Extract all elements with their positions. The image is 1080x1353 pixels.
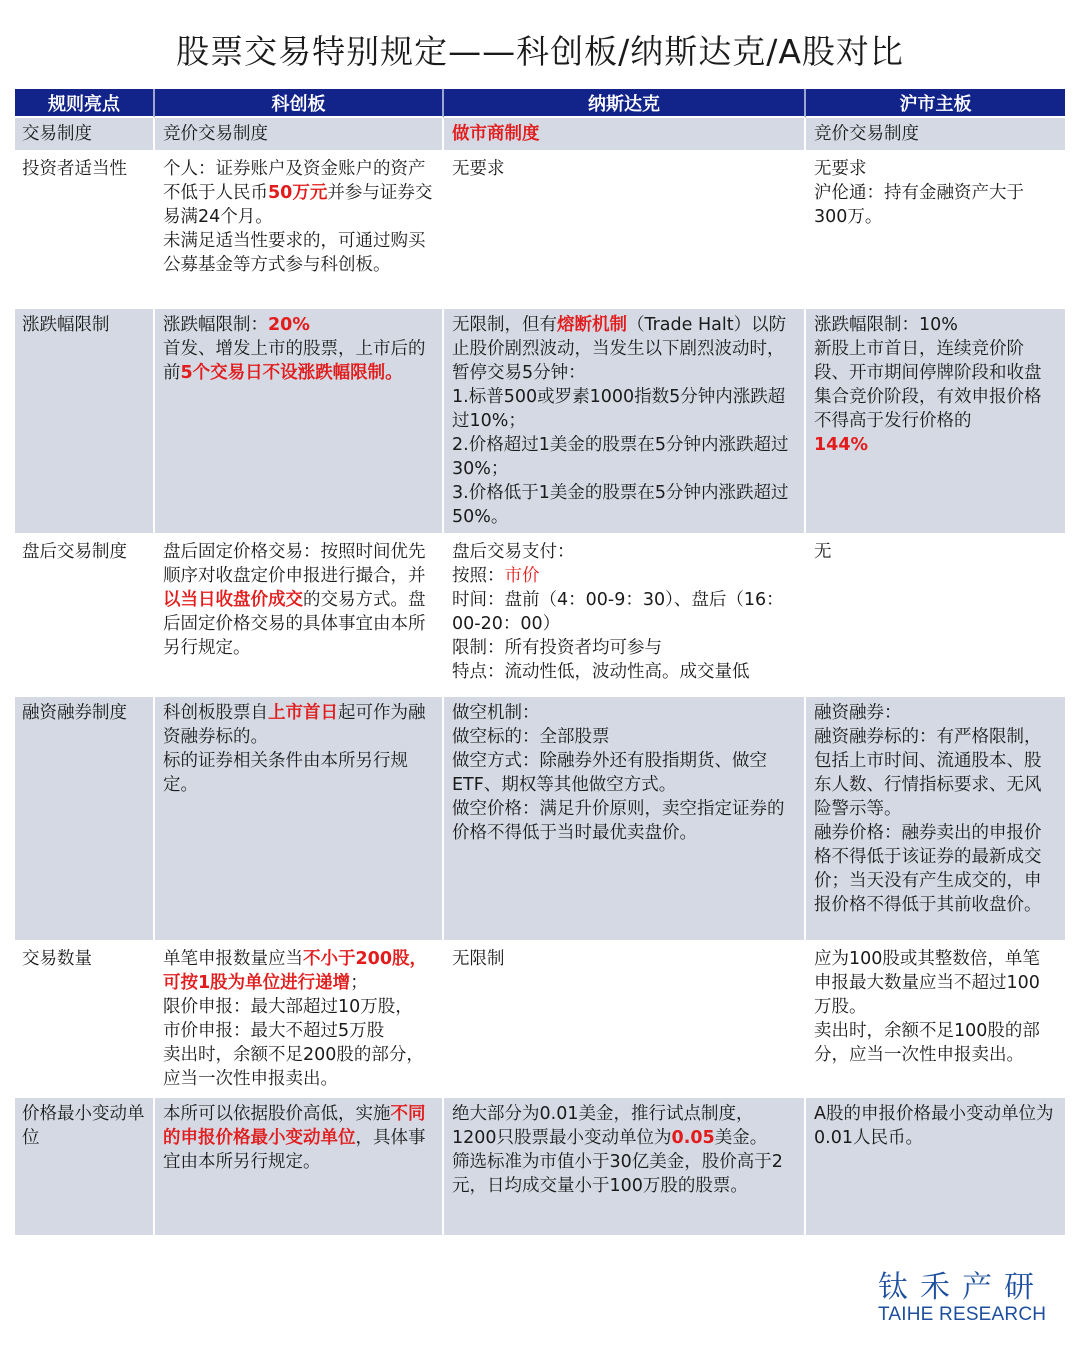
cell-text: 无要求 沪伦通：持有金融资产大于300万。: [814, 159, 1024, 227]
nasdaq-cell: 做市商制度: [444, 118, 806, 153]
table-row: 投资者适当性个人：证券账户及资金账户的资产不低于人民币50万元并参与证券交易满2…: [15, 153, 1065, 309]
cell-text: 本所可以依据股价高低，实施: [163, 1104, 391, 1124]
table-row: 交易数量单笔申报数量应当不小于200股，可按1股为单位进行递增； 限价申报：最大…: [15, 943, 1065, 1098]
table-row: 涨跌幅限制涨跌幅限制：20% 首发、增发上市的股票，上市后的前5个交易日不设涨跌…: [15, 309, 1065, 536]
star-market-cell: 盘后固定价格交易：按照时间优先顺序对收盘定价申报进行撮合，并以当日收盘价成交的交…: [155, 536, 444, 697]
highlighted-text: 上市首日: [268, 703, 338, 723]
shanghai-cell: 涨跌幅限制：10% 新股上市首日，连续竞价阶段、开市期间停牌阶段和收盘集合竞价阶…: [806, 309, 1065, 536]
cell-text: 竞价交易制度: [163, 124, 268, 144]
star-market-cell: 本所可以依据股价高低，实施不同的申报价格最小变动单位，具体事宜由本所另行规定。: [155, 1098, 444, 1238]
cell-text: （Trade Halt）以防止股价剧烈波动，当发生以下剧烈波动时，暂停交易5分钟…: [452, 315, 788, 527]
rule-cell: 融资融券制度: [15, 697, 155, 943]
star-market-cell: 竞价交易制度: [155, 118, 444, 153]
cell-text: 融资融券： 融资融券标的：有严格限制，包括上市时间、流通股本、股东人数、行情指标…: [814, 703, 1042, 915]
highlighted-text: 市价: [505, 566, 540, 586]
rule-cell: 盘后交易制度: [15, 536, 155, 697]
highlighted-text: 5个交易日不设涨跌幅限制。: [181, 363, 403, 383]
star-market-cell: 个人：证券账户及资金账户的资产不低于人民币50万元并参与证券交易满24个月。 未…: [155, 153, 444, 309]
cell-text: 应为100股或其整数倍，单笔申报最大数量应当不超过100万股。 卖出时，余额不足…: [814, 949, 1040, 1065]
cell-text: 做空机制： 做空标的：全部股票 做空方式：除融券外还有股指期货、做空ETF、期权…: [452, 703, 785, 843]
table-row: 融资融券制度科创板股票自上市首日起可作为融资融券标的。 标的证券相关条件由本所另…: [15, 697, 1065, 943]
star-market-cell: 科创板股票自上市首日起可作为融资融券标的。 标的证券相关条件由本所另行规定。: [155, 697, 444, 943]
table-row: 盘后交易制度盘后固定价格交易：按照时间优先顺序对收盘定价申报进行撮合，并以当日收…: [15, 536, 1065, 697]
logo-english-text: TAIHE RESEARCH: [878, 1304, 1046, 1326]
rule-cell: 投资者适当性: [15, 153, 155, 309]
highlighted-text: 熔断机制: [557, 315, 627, 335]
taihe-research-logo: 钛禾产研 TAIHE RESEARCH: [746, 1258, 1066, 1338]
shanghai-cell: A股的申报价格最小变动单位为0.01人民币。: [806, 1098, 1065, 1238]
highlighted-text: 0.05: [672, 1128, 715, 1148]
highlighted-text: 50万元: [268, 183, 327, 203]
page-title: 股票交易特别规定——科创板/纳斯达克/A股对比: [0, 26, 1080, 73]
rule-cell: 价格最小变动单位: [15, 1098, 155, 1238]
cell-text: 无限制，但有: [452, 315, 557, 335]
nasdaq-cell: 做空机制： 做空标的：全部股票 做空方式：除融券外还有股指期货、做空ETF、期权…: [444, 697, 806, 943]
nasdaq-cell: 无限制: [444, 943, 806, 1098]
table-row: 价格最小变动单位本所可以依据股价高低，实施不同的申报价格最小变动单位，具体事宜由…: [15, 1098, 1065, 1238]
nasdaq-cell: 无限制，但有熔断机制（Trade Halt）以防止股价剧烈波动，当发生以下剧烈波…: [444, 309, 806, 536]
highlighted-text: 以当日收盘价成交: [163, 590, 303, 610]
cell-text: 科创板股票自: [163, 703, 268, 723]
cell-text: 涨跌幅限制：10% 新股上市首日，连续竞价阶段、开市期间停牌阶段和收盘集合竞价阶…: [814, 315, 1042, 431]
cell-text: 涨跌幅限制：: [163, 315, 268, 335]
highlighted-text: 144%: [814, 435, 868, 455]
shanghai-cell: 应为100股或其整数倍，单笔申报最大数量应当不超过100万股。 卖出时，余额不足…: [806, 943, 1065, 1098]
cell-text: A股的申报价格最小变动单位为0.01人民币。: [814, 1104, 1053, 1148]
star-market-cell: 涨跌幅限制：20% 首发、增发上市的股票，上市后的前5个交易日不设涨跌幅限制。: [155, 309, 444, 536]
header-nasdaq: 纳斯达克: [444, 89, 806, 118]
nasdaq-cell: 绝大部分为0.01美金，推行试点制度，1200只股票最小变动单位为0.05美金。…: [444, 1098, 806, 1238]
cell-text: 无: [814, 542, 832, 562]
table-header-row: 规则亮点 科创板 纳斯达克 沪市主板: [15, 89, 1065, 118]
star-market-cell: 单笔申报数量应当不小于200股，可按1股为单位进行递增； 限价申报：最大部超过1…: [155, 943, 444, 1098]
cell-text: 盘后固定价格交易：按照时间优先顺序对收盘定价申报进行撮合，并: [163, 542, 426, 586]
header-star-market: 科创板: [155, 89, 444, 118]
nasdaq-cell: 无要求: [444, 153, 806, 309]
shanghai-cell: 融资融券： 融资融券标的：有严格限制，包括上市时间、流通股本、股东人数、行情指标…: [806, 697, 1065, 943]
striped-globe-icon: [746, 1264, 864, 1326]
logo-chinese-text: 钛禾产研: [878, 1262, 1046, 1306]
rule-cell: 涨跌幅限制: [15, 309, 155, 536]
cell-text: 竞价交易制度: [814, 124, 919, 144]
rule-cell: 交易数量: [15, 943, 155, 1098]
nasdaq-cell: 盘后交易支付： 按照：市价 时间：盘前（4：00-9：30）、盘后（16：00-…: [444, 536, 806, 697]
comparison-table: 规则亮点 科创板 纳斯达克 沪市主板 交易制度竞价交易制度做市商制度竞价交易制度…: [15, 89, 1065, 1238]
rule-cell: 交易制度: [15, 118, 155, 153]
shanghai-cell: 无: [806, 536, 1065, 697]
shanghai-cell: 无要求 沪伦通：持有金融资产大于300万。: [806, 153, 1065, 309]
cell-text: 无要求: [452, 159, 505, 179]
shanghai-cell: 竞价交易制度: [806, 118, 1065, 153]
cell-text: 时间：盘前（4：00-9：30）、盘后（16：00-20：00） 限制：所有投资…: [452, 590, 784, 682]
header-shanghai-main-board: 沪市主板: [806, 89, 1065, 118]
cell-text: 无限制: [452, 949, 505, 969]
table-row: 交易制度竞价交易制度做市商制度竞价交易制度: [15, 118, 1065, 153]
highlighted-text: 20%: [268, 315, 310, 335]
header-rule-highlights: 规则亮点: [15, 89, 155, 118]
cell-text: 单笔申报数量应当: [163, 949, 303, 969]
highlighted-text: 做市商制度: [452, 124, 540, 144]
